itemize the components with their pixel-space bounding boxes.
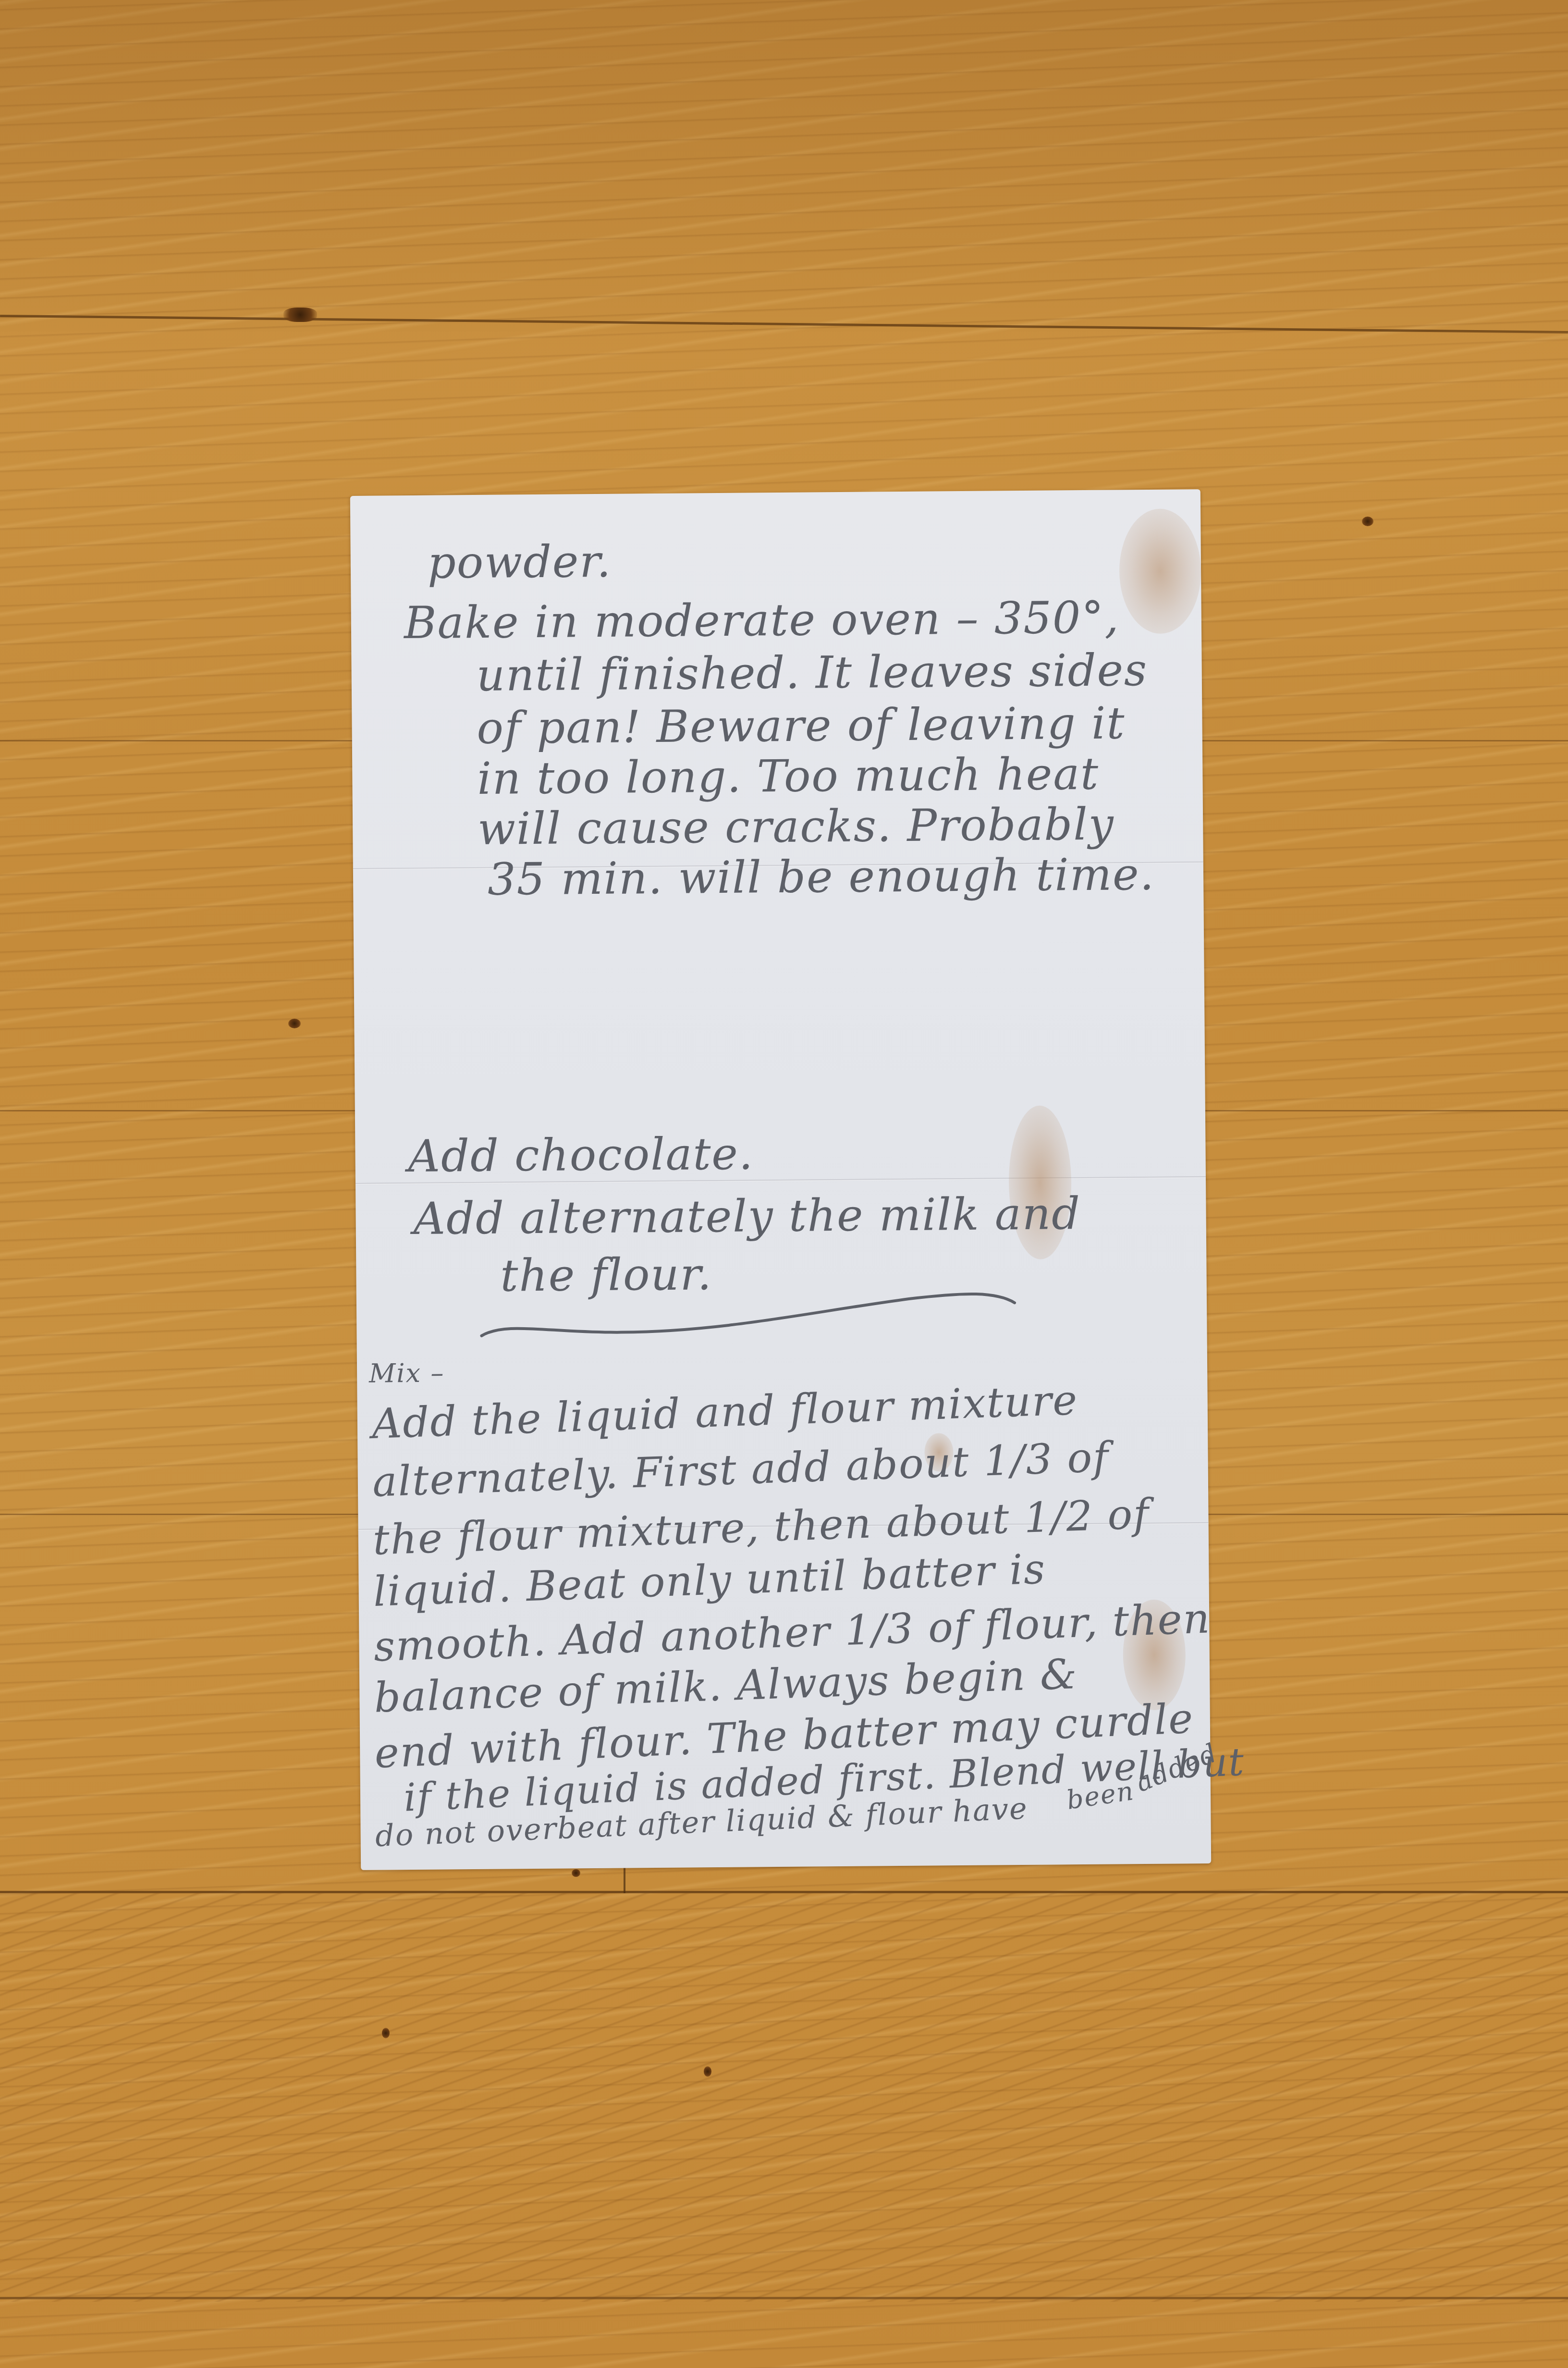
note-line: Add the liquid and flour mixture	[371, 1380, 1079, 1445]
wood-knot	[382, 2028, 390, 2038]
note-line: 35 min. will be enough time.	[488, 852, 1155, 902]
wood-knot	[1362, 517, 1373, 526]
note-line: Add chocolate.	[408, 1132, 754, 1179]
wood-knot	[704, 2066, 711, 2077]
note-line: Add alternately the milk and	[413, 1192, 1081, 1241]
wood-knot	[288, 1019, 301, 1028]
floor-seam	[0, 2297, 1568, 2299]
floor-plank-wide	[0, 1893, 1568, 2302]
note-line: will cause cracks. Probably	[478, 802, 1115, 851]
recipe-note-paper: powder. Bake in moderate oven – 350°, un…	[350, 489, 1211, 1870]
floor-plank-1	[0, 0, 1568, 332]
note-line: alternately. First add about 1/3 of	[372, 1437, 1110, 1503]
note-line: Bake in moderate oven – 350°,	[404, 595, 1120, 645]
note-line: of pan! Beware of leaving it	[477, 701, 1125, 751]
note-line: until finished. It leaves sides	[476, 648, 1148, 698]
note-line: powder.	[428, 540, 612, 585]
paper-stain	[1119, 508, 1201, 634]
floor-butt-joint	[624, 1867, 625, 1893]
note-label: Mix –	[369, 1360, 445, 1387]
divider-swash	[477, 1283, 1053, 1350]
note-line: in too long. Too much heat	[477, 752, 1099, 801]
wood-knot	[572, 1869, 580, 1877]
wood-knot	[283, 308, 317, 322]
